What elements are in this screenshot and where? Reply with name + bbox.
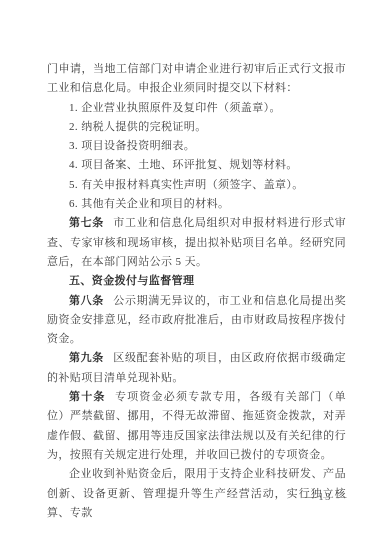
- document-text-block: 门申请，当地工信部门对申请企业进行初审后正式行文报市工业和信息化局。申报企业须同…: [47, 60, 346, 523]
- list-item-3: 3. 项目设备投资明细表。: [47, 137, 346, 156]
- article-8-label: 第八条: [69, 295, 104, 307]
- list-item-5: 5. 有关申报材料真实性声明（须签字、盖章）。: [47, 176, 346, 195]
- document-page: 门申请，当地工信部门对申请企业进行初审后正式行文报市工业和信息化局。申报企业须同…: [0, 0, 390, 551]
- article-8-paragraph: 第八条公示期满无异议的，市工业和信息化局提出奖励资金安排意见，经市政府批准后，由…: [47, 292, 346, 350]
- article-10-paragraph: 第十条专项资金必须专款专用，各级有关部门（单位）严禁截留、挪用，不得无故滞留、拖…: [47, 388, 346, 465]
- list-item-1: 1. 企业营业执照原件及复印件（须盖章）。: [47, 99, 346, 118]
- article-7-paragraph: 第七条市工业和信息化局组织对申报材料进行形式审查、专家审核和现场审核，提出拟补贴…: [47, 214, 346, 272]
- article-9-label: 第九条: [69, 352, 104, 364]
- article-10-label: 第十条: [69, 391, 106, 403]
- page-number: — 13 —: [302, 492, 348, 503]
- list-item-6: 6. 其他有关企业和项目的材料。: [47, 195, 346, 214]
- list-item-4: 4. 项目备案、土地、环评批复、规划等材料。: [47, 156, 346, 175]
- list-item-2: 2. 纳税人提供的完税证明。: [47, 118, 346, 137]
- section-heading: 五、资金拨付与监督管理: [47, 272, 346, 291]
- article-9-paragraph: 第九条区级配套补贴的项目，由区政府依据市级确定的补贴项目清单兑现补贴。: [47, 349, 346, 388]
- article-7-label: 第七条: [69, 217, 104, 229]
- intro-paragraph: 门申请，当地工信部门对申请企业进行初审后正式行文报市工业和信息化局。申报企业须同…: [47, 60, 346, 99]
